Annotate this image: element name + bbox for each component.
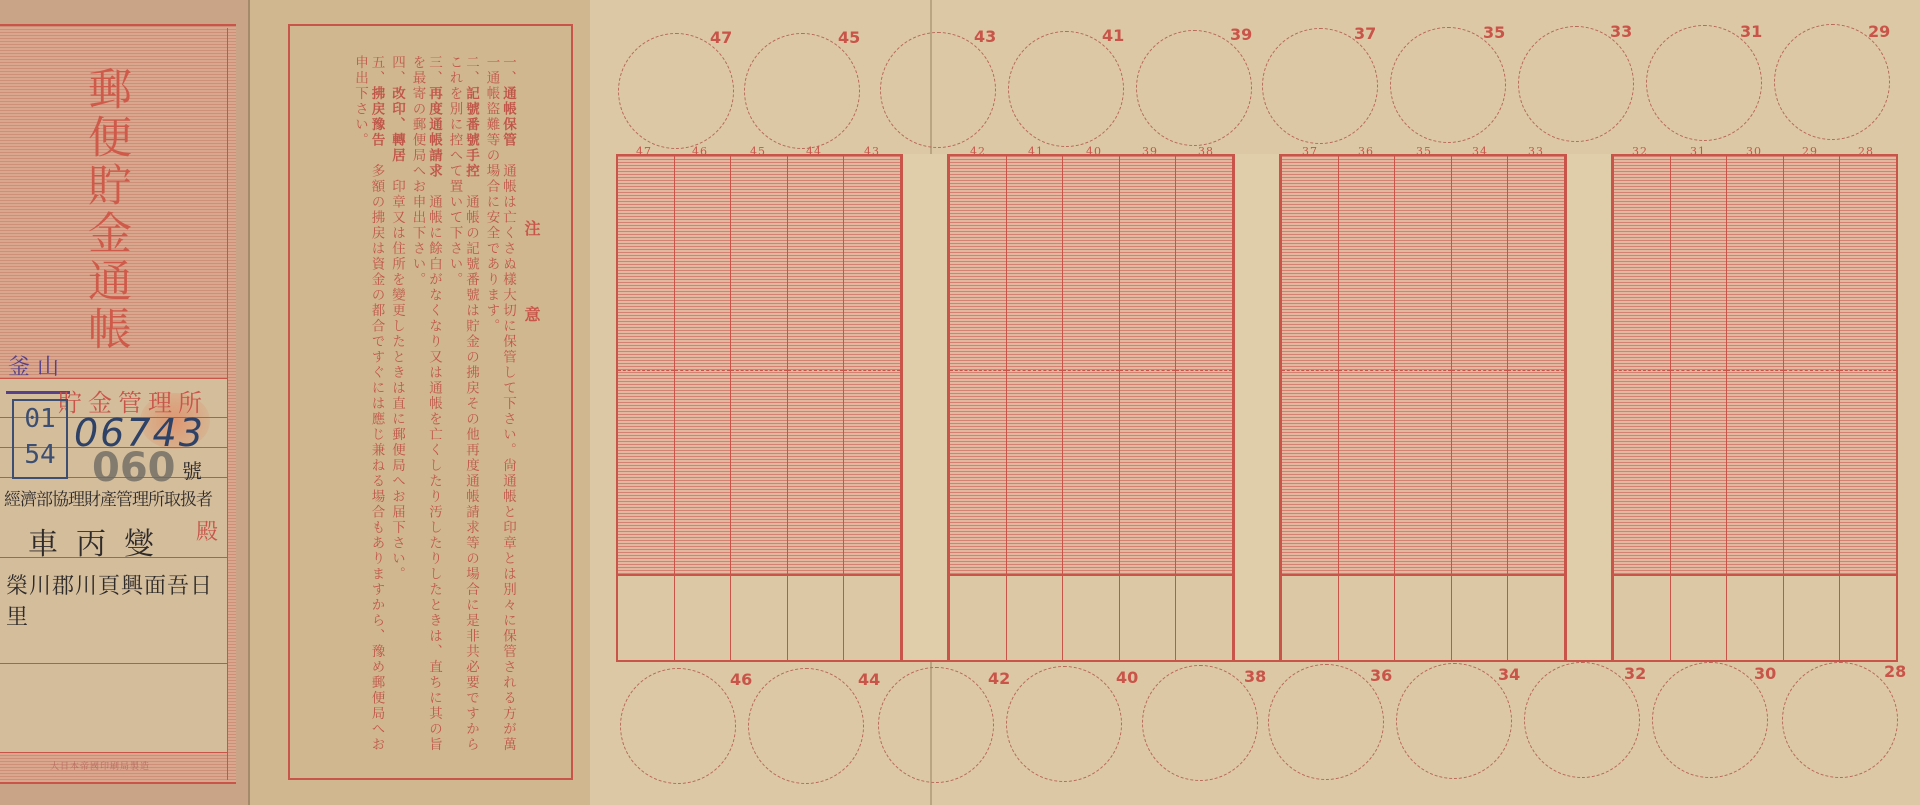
stamp-circle [1518, 26, 1634, 142]
ledger-cell [1007, 156, 1064, 660]
stamp-circle [1268, 664, 1384, 780]
ledger-cell [844, 156, 900, 660]
account-code-top: 01 [14, 401, 66, 437]
notice-title: 通帳保管 [500, 86, 516, 148]
circle-number: 35 [1483, 23, 1505, 42]
account-code-bottom: 54 [14, 437, 66, 473]
notice-title: 記號番號手控 [463, 86, 479, 179]
number-suffix: 號 [182, 455, 202, 484]
circle-number: 45 [838, 28, 860, 47]
passbook-cover: 郵便貯金通帳 釜 山 貯金管理所 01 54 06743 060 號 經濟部協理… [0, 0, 250, 805]
stamp-circle [748, 668, 864, 784]
circle-number: 31 [1740, 22, 1762, 41]
form-line [0, 557, 228, 558]
ledger-cell [1176, 156, 1232, 660]
ledger-block-1 [616, 154, 902, 662]
ledger-cell [1339, 156, 1396, 660]
stamp-circle [1008, 31, 1124, 147]
organization-name: 經濟部協理財產管理所取扱者 [4, 485, 228, 510]
ledger-cell [1508, 156, 1564, 660]
ledger-cell [1840, 156, 1896, 660]
notice-item: 一、通帳保管 通帳は亡くさぬ樣大切に保管して下さい。尙通帳と印章とは別々に保管さ… [483, 55, 516, 755]
notice-text: 多額の拂戻は資金の都合ですぐには應じ兼ねる場合もありますから、豫め郵便局へお申出… [352, 55, 385, 753]
stamp-circle [1262, 28, 1378, 144]
notice-title: 改印、轉居 [389, 86, 405, 164]
notice-number: 二、 [463, 55, 479, 86]
ledger-cell [1784, 156, 1841, 660]
circle-number: 44 [858, 670, 880, 689]
notice-page: 注意 一、通帳保管 通帳は亡くさぬ樣大切に保管して下さい。尙通帳と印章とは別々に… [250, 0, 590, 805]
ledger-gap [1234, 154, 1280, 662]
notice-list: 一、通帳保管 通帳は亡くさぬ樣大切に保管して下さい。尙通帳と印章とは別々に保管さ… [316, 55, 516, 755]
stamp-circle [1774, 24, 1890, 140]
stamp-circle [618, 33, 734, 149]
notice-item: 四、改印、轉居 印章又は住所を變更したときは直に郵便局へお届下さい。 [389, 55, 406, 755]
notice-item: 五、拂戻豫告 多額の拂戻は資金の都合ですぐには應じ兼ねる場合もありますから、豫め… [352, 55, 385, 755]
notice-item: 三、再度通帳請求 通帳に餘白がなくなり又は通帳を亡くしたり汚したりしたときは、直… [409, 55, 442, 755]
ledger-cell [950, 156, 1007, 660]
ledger-cell [618, 156, 675, 660]
ledger-block-2 [948, 154, 1234, 662]
ledger-gap [1566, 154, 1612, 662]
ledger-cell [1120, 156, 1177, 660]
cover-title: 郵便貯金通帳 [75, 66, 135, 354]
circle-number: 38 [1244, 667, 1266, 686]
circle-number: 29 [1868, 22, 1890, 41]
stamp-circle [744, 33, 860, 149]
account-code-box: 01 54 [12, 399, 68, 479]
stamp-circle [878, 667, 994, 783]
notice-heading: 注意 [520, 220, 543, 392]
ledger-cell [788, 156, 845, 660]
circle-number: 32 [1624, 664, 1646, 683]
ledger-cell [1452, 156, 1509, 660]
notice-number: 四、 [389, 55, 405, 86]
notice-title: 拂戻豫告 [369, 86, 385, 148]
stamp-circle [1646, 25, 1762, 141]
circle-number: 33 [1610, 22, 1632, 41]
stamp-circle [1006, 666, 1122, 782]
notice-text: 通帳は亡くさぬ樣大切に保管して下さい。尙通帳と印章とは別々に保管される方が萬一通… [484, 55, 517, 753]
circle-number: 47 [710, 28, 732, 47]
ledger-cell [1614, 156, 1671, 660]
ledger-cell [1063, 156, 1120, 660]
ledger-cell [1671, 156, 1728, 660]
honorific: 殿 [196, 515, 218, 546]
stamp-circle [1142, 665, 1258, 781]
circle-number: 40 [1116, 668, 1138, 687]
circle-number: 30 [1754, 664, 1776, 683]
circle-number: 42 [988, 669, 1010, 688]
ledger-gap [902, 154, 948, 662]
ledger-page: 47 45 43 41 39 37 35 33 31 29 47 46 45 4… [590, 0, 1920, 805]
ledger-cell [1727, 156, 1784, 660]
stamp-circle [1652, 662, 1768, 778]
stamp-circle [1390, 27, 1506, 143]
notice-title: 再度通帳請求 [426, 86, 442, 179]
stamp-circle [1136, 30, 1252, 146]
printer-credit: 大日本帝國印刷局製造 [50, 759, 150, 772]
notice-item: 二、記號番號手控 通帳の記號番號は貯金の拂戻その他再度通帳請求等の場合に是非共必… [446, 55, 479, 755]
stamp-circle [1396, 663, 1512, 779]
purple-seal-mark: 釜 山 [8, 350, 59, 381]
form-line [0, 663, 228, 664]
ledger-cell [1395, 156, 1452, 660]
notice-text: 印章又は住所を變更したときは直に郵便局へお届下さい。 [389, 179, 405, 582]
circle-number: 43 [974, 27, 996, 46]
stamp-circle [1782, 662, 1898, 778]
ledger-cell [731, 156, 788, 660]
notice-number: 一、 [500, 55, 516, 86]
circle-number: 34 [1498, 665, 1520, 684]
circle-number: 46 [730, 670, 752, 689]
circle-number: 36 [1370, 666, 1392, 685]
circle-number: 28 [1884, 662, 1906, 681]
stamp-circle [880, 32, 996, 148]
stamp-circle [1524, 662, 1640, 778]
ledger-cell [675, 156, 732, 660]
holder-address: 榮川郡川頁興面吾日里 [6, 569, 227, 631]
circle-number: 39 [1230, 25, 1252, 44]
notice-number: 三、 [426, 55, 442, 86]
ledger-block-4 [1612, 154, 1898, 662]
circle-number: 37 [1354, 24, 1376, 43]
circle-number: 41 [1102, 26, 1124, 45]
notice-number: 五、 [369, 55, 385, 86]
account-form: 貯金管理所 01 54 06743 060 號 經濟部協理財產管理所取扱者 殿 … [0, 378, 228, 753]
ledger-cell [1282, 156, 1339, 660]
stamp-circle [620, 668, 736, 784]
ledger-block-3 [1280, 154, 1566, 662]
